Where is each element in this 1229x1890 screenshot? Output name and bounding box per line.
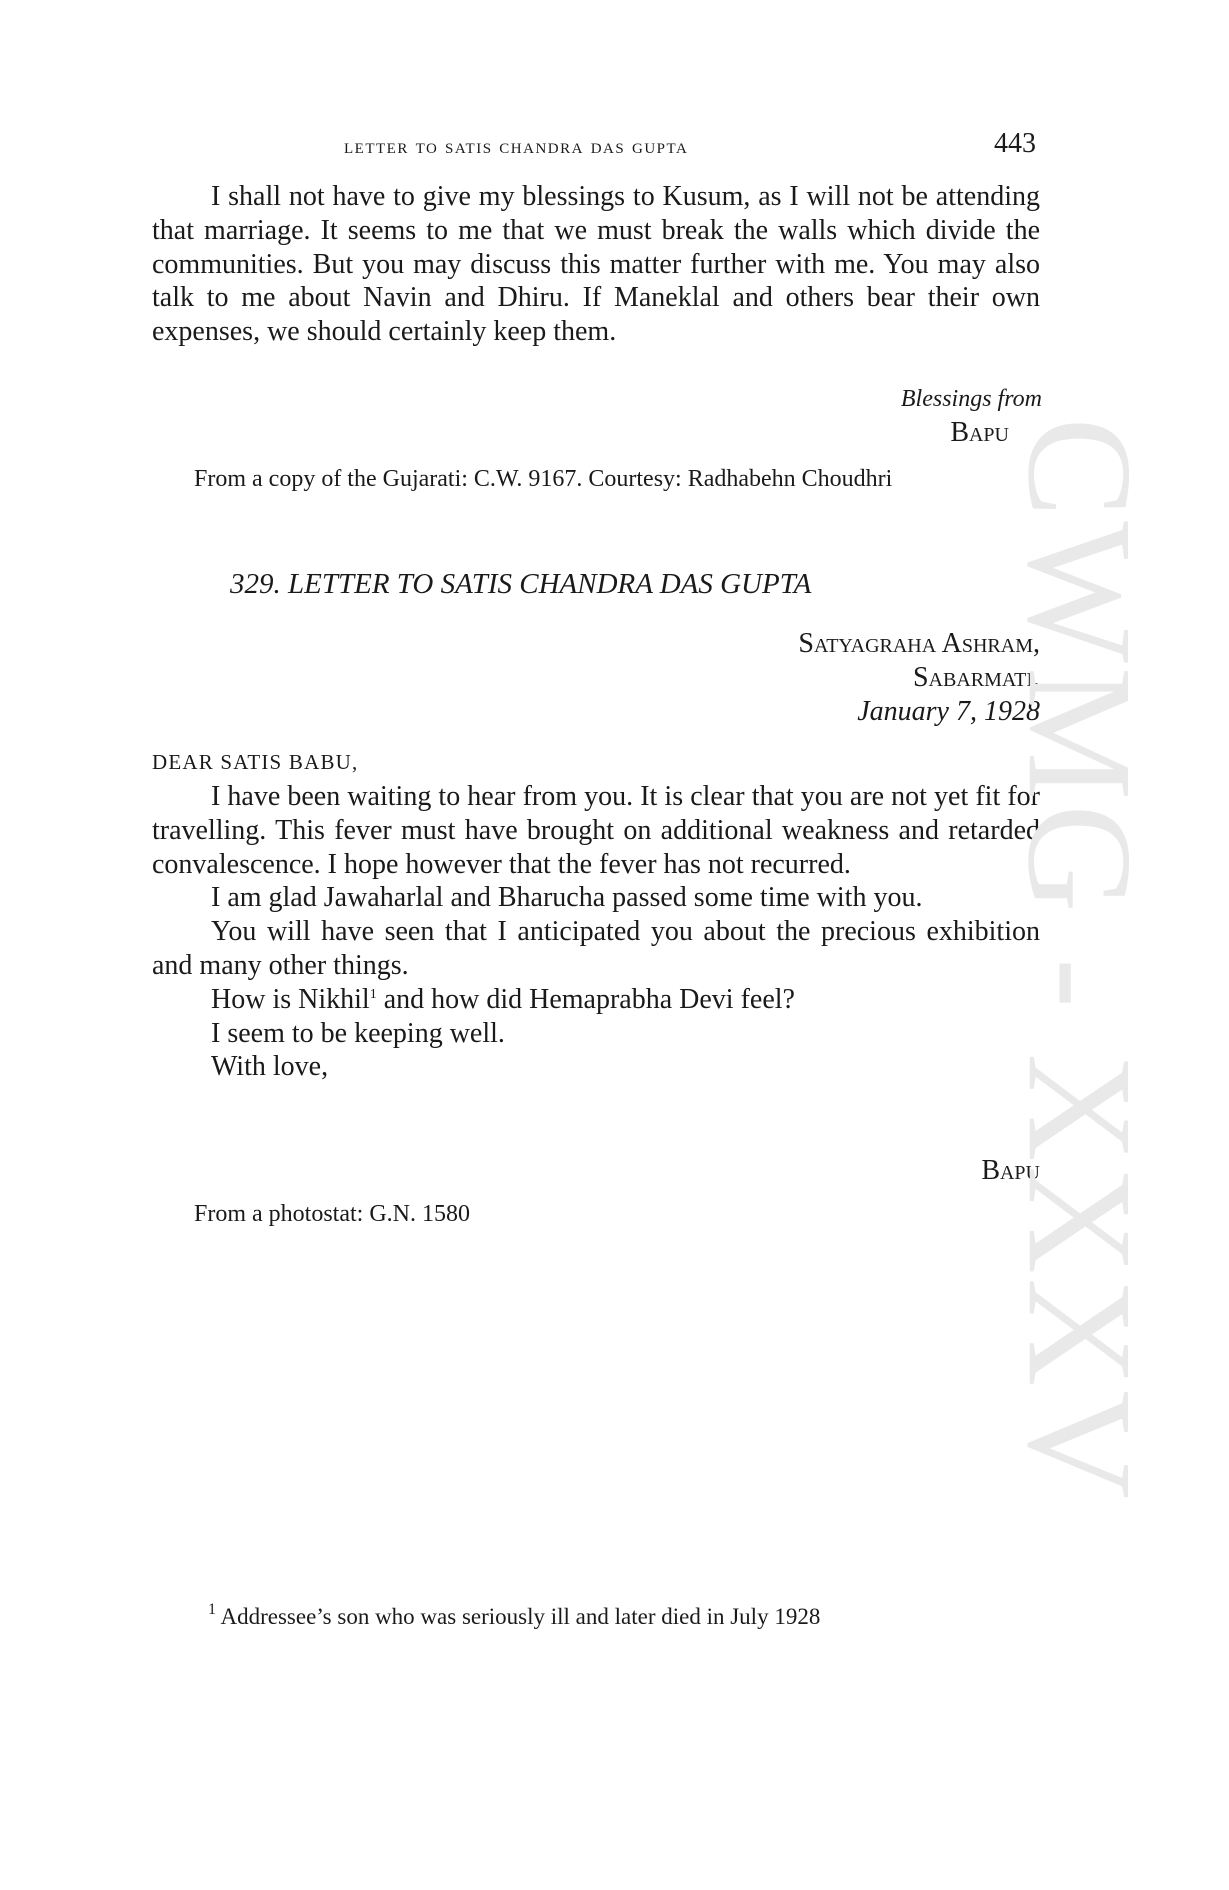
text: How is Nikhil <box>211 984 370 1015</box>
watermark: CWMG - XXXV <box>1010 440 1150 1480</box>
salutation: DEAR SATIS BABU, <box>152 750 358 775</box>
continued-letter-body: I shall not have to give my blessings to… <box>152 180 1040 349</box>
paragraph: I have been waiting to hear from you. It… <box>152 780 1040 881</box>
paragraph: How is Nikhil1 and how did Hemaprabha De… <box>152 983 1040 1017</box>
page-number: 443 <box>994 128 1036 160</box>
footnote-ref[interactable]: 1 <box>370 987 377 1002</box>
closing: Blessings from <box>901 386 1042 413</box>
running-head: LETTER TO SATIS CHANDRA DAS GUPTA <box>344 134 688 159</box>
paragraph: I seem to be keeping well. <box>152 1017 1040 1051</box>
paragraph: You will have seen that I anticipated yo… <box>152 915 1040 983</box>
paragraph: I shall not have to give my blessings to… <box>152 180 1040 349</box>
watermark-text: CWMG - XXXV <box>994 417 1166 1503</box>
paragraph: With love, <box>152 1050 1040 1084</box>
letter-heading: 329. LETTER TO SATIS CHANDRA DAS GUPTA <box>230 568 811 601</box>
footnote-marker: 1 <box>208 1601 216 1618</box>
letter-body: I have been waiting to hear from you. It… <box>152 780 1040 1084</box>
paragraph: I am glad Jawaharlal and Bharucha passed… <box>152 881 1040 915</box>
footnote: 1 Addressee’s son who was seriously ill … <box>208 1604 820 1630</box>
footnote-text: Addressee’s son who was seriously ill an… <box>220 1604 820 1629</box>
source-note: From a photostat: G.N. 1580 <box>194 1201 470 1228</box>
source-note: From a copy of the Gujarati: C.W. 9167. … <box>194 466 892 493</box>
text: and how did Hemaprabha Devi feel? <box>377 984 795 1015</box>
document-page: LETTER TO SATIS CHANDRA DAS GUPTA 443 I … <box>0 0 1229 1890</box>
